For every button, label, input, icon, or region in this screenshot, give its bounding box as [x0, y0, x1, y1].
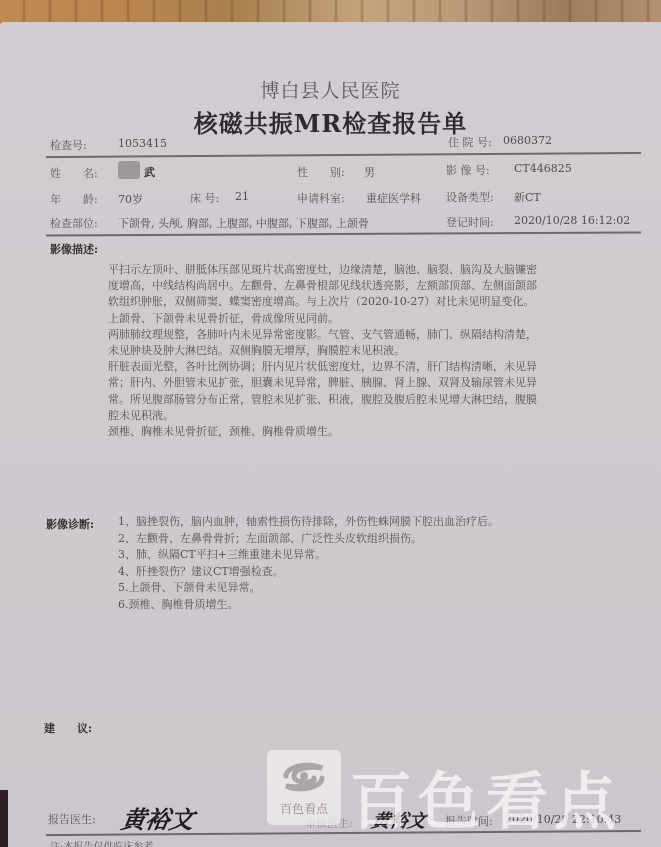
findings-line: 颈椎、胸椎未见骨折征，颈椎、胸椎骨质增生。 [108, 424, 648, 440]
report-title: 核磁共振MR检查报告单 [0, 104, 661, 139]
watermark-swirl-icon [280, 760, 328, 794]
name-redaction [118, 161, 140, 179]
image-no-value: CT446825 [514, 162, 572, 175]
findings-line: 度增高，中线结构尚居中。左颧骨、左鼻骨根部见线状透亮影，左额部顶部、左侧面颌部 [108, 278, 648, 294]
findings-line: 腔未见积液。 [108, 408, 648, 424]
diagnosis-item: 6.颈椎、胸椎骨质增生。 [118, 597, 638, 614]
name-label: 姓 名: [50, 165, 98, 181]
gender-label: 性 别: [297, 164, 345, 180]
diagnosis-item: 5.上颌骨、下颌骨未见异常。 [118, 580, 638, 597]
exam-site-value: 下颌骨, 头颅, 胸部, 上腹部, 中腹部, 下腹部, 上颌骨 [118, 215, 369, 231]
advice-label: 建 议: [44, 720, 92, 736]
findings-text: 平扫示左顶叶、胼胝体压部见斑片状高密度灶，边缘清楚，脑池、脑裂、脑沟及大脑镰密 … [108, 262, 648, 440]
device-type-label: 设备类型: [446, 189, 494, 205]
watermark-badge: 百色看点 [267, 750, 341, 825]
findings-label: 影像描述: [50, 241, 98, 257]
diagnosis-item: 4、肝挫裂伤？建议CT增强检查。 [118, 564, 638, 581]
watermark-big-text: 百色看点 [350, 752, 622, 841]
diagnosis-item: 3、肺、纵隔CT平扫+三维重建未见异常。 [118, 547, 638, 564]
inpatient-no-value: 0680372 [503, 134, 552, 147]
hospital-name: 博白县人民医院 [0, 76, 661, 103]
gender-value: 男 [364, 164, 375, 180]
diagnosis-list: 1、脑挫裂伤，脑内血肿，轴索性损伤待排除，外伤性蛛网膜下腔出血治疗后。 2、左颧… [118, 514, 638, 613]
report-doctor-signature: 黄裕文 [119, 800, 197, 835]
diagnosis-item: 1、脑挫裂伤，脑内血肿，轴索性损伤待排除，外伤性蛛网膜下腔出血治疗后。 [118, 514, 638, 531]
register-time-label: 登记时间: [446, 214, 494, 230]
age-label: 年 龄: [50, 191, 98, 207]
findings-line: 两肺肺纹理规整，各肺叶内未见异常密度影。气管、支气管通畅，肺门、纵隔结构清楚， [108, 327, 648, 343]
findings-line: 平扫示左顶叶、胼胝体压部见斑片状高密度灶，边缘清楚，脑池、脑裂、脑沟及大脑镰密 [108, 262, 648, 278]
diagnosis-label: 影像诊断: [46, 516, 94, 532]
watermark-small-text: 百色看点 [267, 800, 341, 817]
findings-line: 未见肿块及肿大淋巴结。双侧胸膜无增厚，胸膜腔未见积液。 [108, 343, 648, 359]
inpatient-no-label: 住 院 号: [448, 134, 492, 150]
findings-line: 常；肝内、外胆管未见扩张，胆囊未见异常，脾脏、胰腺、肾上腺、双肾及输尿管未见异 [108, 375, 648, 391]
name-value: 武 [144, 164, 155, 180]
findings-line: 常。所见腹部肠管分布正常，管腔未见扩张、积液，腹腔及腹后腔未见增大淋巴结，腹膜 [108, 392, 648, 408]
exam-no-label: 检查号: [50, 137, 87, 153]
diagnosis-item: 2、左颧骨、左鼻骨骨折；左面颌部、广泛性头皮软组织损伤。 [118, 531, 638, 548]
exam-no-value: 1053415 [118, 137, 167, 150]
bed-no-label: 床 号: [190, 190, 219, 206]
findings-line: 上颌骨、下颌骨未见骨折征，骨成像所见同前。 [108, 311, 648, 327]
device-type-value: 新CT [514, 189, 541, 205]
department-value: 重症医学科 [366, 190, 421, 206]
findings-line: 肝脏表面光整，各叶比例协调；肝内见片状低密度灶，边界不清，肝门结构清晰，未见异 [108, 359, 648, 375]
exam-site-label: 检查部位: [50, 215, 98, 231]
register-time-value: 2020/10/28 16:12:02 [514, 214, 630, 227]
bed-no-value: 21 [235, 190, 249, 203]
edge-shadow [0, 790, 8, 847]
image-no-label: 影 像 号: [446, 162, 490, 178]
report-doctor-label: 报告医生: [48, 811, 96, 827]
findings-line: 软组织肿胀，双侧筛窦、蝶窦密度增高。与上次片（2020-10-27）对比未见明显… [108, 294, 648, 310]
department-label: 申请科室: [297, 190, 345, 206]
footer-note: 注:本报告仅供临床参考 [50, 838, 153, 847]
age-value: 70岁 [118, 191, 143, 207]
